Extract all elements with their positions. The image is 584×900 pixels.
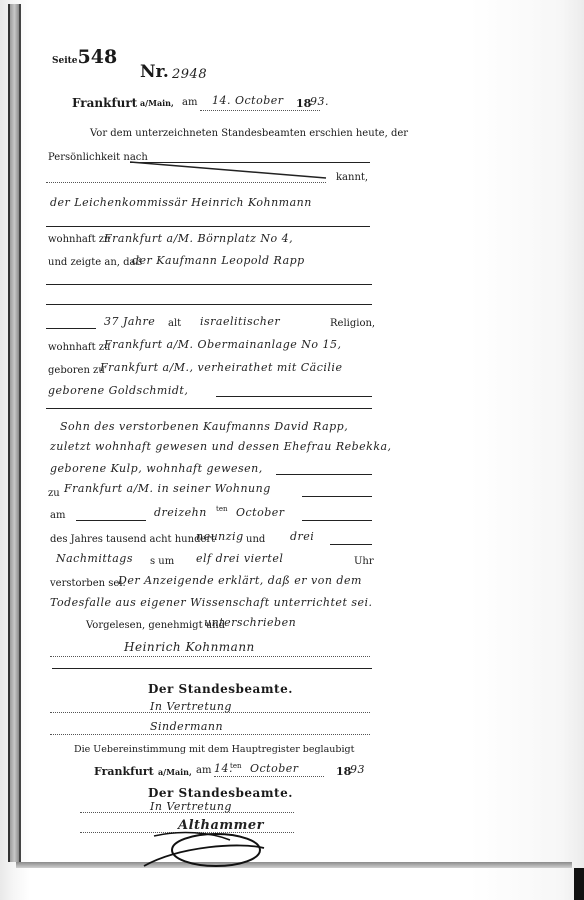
date-line (200, 110, 320, 111)
informant-rule (46, 226, 370, 227)
parents-line-1: Sohn des verstorbenen Kaufmanns David Ra… (60, 420, 348, 433)
death-date-label: am (50, 510, 65, 521)
death-day-suffix: ten (216, 505, 227, 513)
year-und: und (246, 534, 265, 545)
parents-line-3: geborene Kulp, wohnhaft gewesen, (50, 462, 263, 475)
registrar-heading: Der Standesbeamte. (148, 682, 293, 696)
blank-rule-2 (46, 304, 372, 305)
entry-number-label: Nr. (140, 62, 169, 82)
reported-label: und zeigte an, daß (48, 257, 142, 268)
informant-signature: Heinrich Kohnmann (124, 640, 255, 654)
deceased-name: der Kaufmann Leopold Rapp (132, 254, 305, 267)
time-of-day: Nachmittags (56, 552, 133, 565)
read-value: unterschrieben (204, 616, 296, 629)
place-suffix: a/Main, (140, 98, 174, 108)
registrar-dots-2 (50, 734, 370, 735)
spouse-continuation: geborene Goldschmidt, (48, 384, 188, 397)
registrar-heading-2: Der Standesbeamte. (148, 786, 293, 800)
death-place: Frankfurt a/M. in seiner Wohnung (64, 482, 271, 495)
cert-date-suffix: ten (230, 762, 241, 770)
page-number-value: 548 (78, 46, 118, 68)
blank-rule-1 (46, 284, 372, 285)
death-month: October (236, 506, 285, 519)
identity-dots (46, 182, 326, 183)
remark-line-1: Der Anzeigende erklärt, daß er von dem (118, 574, 362, 587)
identity-suffix: kannt, (336, 172, 368, 183)
section-rule (52, 668, 372, 669)
parents-rule (276, 474, 372, 475)
remark-line-2: Todesfalle aus eigener Wissenschaft unte… (50, 596, 373, 609)
page-label: Seite (52, 56, 78, 66)
spouse-rule (216, 396, 372, 397)
register-page: Seite548 Nr. 2948 Frankfurt a/Main, am 1… (0, 0, 584, 900)
deceased-label: verstorben sei. (50, 578, 126, 589)
born-place: Frankfurt a/M., verheirathet mit Cäcilie (100, 361, 342, 374)
time-value: elf drei viertel (196, 552, 283, 565)
death-day: dreizehn (154, 506, 207, 519)
year-phrase-label: des Jahres tausend acht hundert (50, 534, 215, 545)
blank-rule-3 (46, 408, 372, 409)
born-label: geboren zu (48, 365, 105, 376)
registrar2-dots-1 (80, 812, 294, 813)
year-handwritten: 93. (310, 95, 329, 108)
cert-date-dots (214, 776, 324, 777)
cert-place-suffix: a/Main, (158, 767, 192, 777)
cert-year-handwritten: 93 (350, 763, 365, 776)
am-label: am (182, 97, 197, 108)
entry-number: 2948 (172, 67, 207, 82)
deceased-age: 37 Jahre (104, 315, 155, 328)
strike-diagonal (130, 160, 330, 180)
age-label: alt (168, 318, 181, 329)
signature-flourish (140, 826, 270, 876)
place-prefix: Frankfurt (72, 96, 137, 110)
book-binding (8, 4, 21, 862)
religion-value: israelitischer (200, 315, 280, 328)
scan-border (574, 868, 584, 900)
registrar-signature: Sindermann (150, 720, 223, 733)
time-um-label: s um (150, 556, 174, 567)
cert-am-label: am (196, 765, 211, 776)
year-rule (330, 544, 372, 545)
cert-place-prefix: Frankfurt (94, 765, 154, 778)
intro-line: Vor dem unterzeichneten Standesbeamten e… (90, 128, 408, 139)
page-number: Seite548 (52, 46, 117, 68)
page-bottom-edge (16, 862, 572, 868)
parents-line-2: zuletzt wohnhaft gewesen und dessen Ehef… (50, 440, 392, 453)
signature-dots (50, 656, 370, 657)
year-tens: neunzig (196, 530, 244, 543)
death-place-label: zu (48, 488, 60, 499)
uhr-label: Uhr (354, 556, 374, 567)
death-place-rule (302, 496, 372, 497)
registrar-dots-1 (50, 712, 370, 713)
cert-month: October (250, 762, 299, 775)
certification-line: Die Uebereinstimmung mit dem Hauptregist… (74, 744, 354, 755)
death-month-rule (302, 520, 372, 521)
year-units: drei (290, 530, 314, 543)
deceased-residence-label: wohnhaft zu (48, 342, 110, 353)
registration-date: 14. October (212, 94, 284, 107)
informant-name: der Leichenkommissär Heinrich Kohnmann (50, 196, 312, 209)
deceased-residence: Frankfurt a/M. Obermainanlage No 15, (104, 338, 341, 351)
informant-residence: Frankfurt a/M. Börnplatz No 4, (104, 232, 293, 245)
religion-label: Religion, (330, 318, 375, 329)
death-date-rule (76, 520, 146, 521)
residence-label: wohnhaft zu (48, 234, 110, 245)
age-rule (46, 328, 96, 329)
